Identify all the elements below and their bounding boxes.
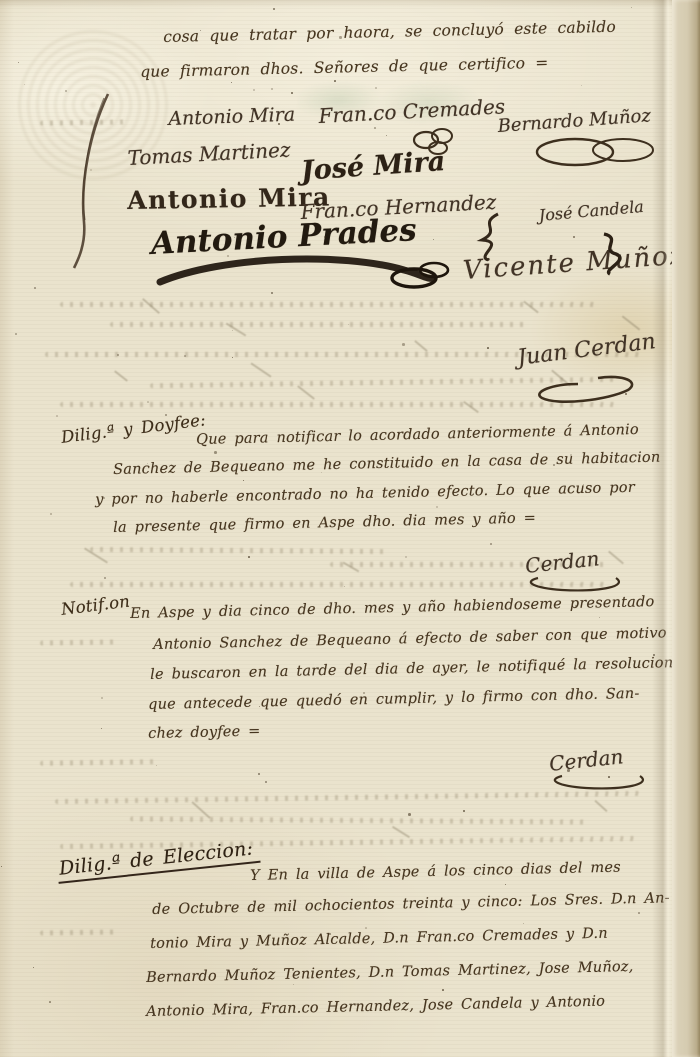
ink-speck [271,88,273,90]
ink-speck [581,85,582,86]
record-line: de Octubre de mil ochocientos treinta y … [152,890,670,918]
ink-speck [273,8,275,10]
ink-speck [344,586,345,587]
ghost-diagonal-stroke [392,826,410,838]
ink-speck [49,1001,51,1003]
ink-speck [50,513,52,515]
record-line: En Aspe y dia cinco de dho. mes y año ha… [130,594,655,622]
ink-speck [573,236,575,238]
ink-speck [15,333,17,335]
ink-speck [402,343,405,346]
signature-vicente-munoz: Vicente Muñoz [462,240,686,285]
ghost-text-line [40,929,120,935]
ghost-diagonal-stroke [142,298,160,314]
ink-speck [34,287,36,289]
ink-speck [599,617,600,618]
ghost-diagonal-stroke [414,340,428,352]
ink-speck [505,884,506,885]
ink-speck [421,275,423,277]
record-heading-diligencia: Dilig.ª y Doyfee: [60,410,207,447]
ink-speck [433,239,434,240]
ink-speck [638,912,640,914]
rubric-juan-cerdan [528,372,658,412]
ghost-diagonal-stroke [191,801,210,819]
bottom-scan-edge [0,1036,700,1057]
ink-speck [348,324,349,325]
record-heading-eleccion: Dilig.ª de Eleccion: [56,837,260,884]
record-line: chez doyfee = [148,723,261,742]
ink-speck [490,543,492,545]
ink-speck [334,80,336,82]
record-line: que antecede que quedó en cumplir, y lo … [148,686,640,713]
ink-speck [625,393,627,395]
ghost-diagonal-stroke [608,551,624,565]
ink-speck [214,451,217,454]
record-line: le buscaron en la tarde del dia de ayer,… [150,655,673,683]
ink-speck [253,89,255,91]
adjacent-page-edge [672,0,700,1057]
ink-speck [405,556,407,558]
signature-antonio-prades: Antonio Prades [150,212,417,262]
ink-speck [243,480,244,481]
signature-jose-candela: José Candela [538,197,645,225]
record-line: Antonio Sanchez de Bequeano á efecto de … [153,625,667,653]
ghost-diagonal-stroke [551,370,571,387]
ink-speck [293,984,294,985]
ink-speck [184,355,186,357]
ghost-text-line [90,547,390,554]
ink-speck [231,82,232,83]
ghost-text-line [150,377,620,389]
ghost-text-line [40,759,160,766]
record-line: Antonio Mira, Fran.co Hernandez, Jose Ca… [146,994,605,1020]
ink-speck [90,169,92,171]
ink-speck [408,813,411,816]
signature-jose-mira: José Mira [300,146,446,187]
ghost-text-line [110,322,530,327]
record-line: tonio Mira y Muñoz Alcalde, D.n Fran.co … [150,926,608,952]
ink-speck [101,697,103,699]
ink-speck [374,127,376,129]
ink-speck [291,92,293,94]
ink-speck [33,967,34,968]
manuscript-page: cosa que tratar por haora, se concluyó e… [0,0,700,1057]
record-line: Que para notificar lo acordado anteriorm… [196,422,639,448]
ghost-text-line [60,402,620,407]
ink-speck [487,347,489,349]
closing-line: cosa que tratar por haora, se concluyó e… [163,18,616,46]
ink-speck [258,773,260,775]
ink-speck [232,330,233,331]
record-heading-notificacion: Notif.on [60,592,131,619]
ink-speck [147,401,149,403]
signature-francisco-cremades: Fran.co Cremades [318,94,506,128]
ghost-text-line [60,836,640,849]
ghost-diagonal-stroke [463,401,479,413]
ink-speck [104,577,106,579]
ink-speck [386,135,387,136]
record-line: Sanchez de Bequeano me he constituido en… [113,450,661,478]
ink-speck [375,87,377,89]
ink-speck [365,927,367,929]
signature-juan-cerdan: Juan Cerdan [516,329,657,371]
ink-speck [65,90,67,92]
record-line: la presente que firmo en Aspe dho. dia m… [113,510,536,536]
ghost-diagonal-stroke [594,800,607,812]
ghost-text-line [40,639,120,645]
ghost-text-line [40,119,130,125]
ghost-text-line [70,582,610,587]
ghost-diagonal-stroke [297,385,315,400]
closing-line: que firmaron dhos. Señores de que certif… [140,54,549,81]
ink-speck [56,415,58,417]
signature-tomas-martinez: Tomas Martinez [127,137,291,169]
ink-speck [1,866,2,867]
record-line: Y En la villa de Aspe á los cinco dias d… [250,860,621,884]
ink-speck [608,776,610,778]
ink-speck [248,556,250,558]
ghost-diagonal-stroke [523,301,538,314]
ghost-diagonal-stroke [622,315,641,330]
ghost-text-line [130,816,590,824]
ink-speck [631,7,632,8]
signature-cerdan-2: Cerdan [548,744,624,776]
signature-cerdan-1: Cerdan [524,546,600,578]
ink-speck [156,765,157,766]
ink-speck [436,506,438,508]
rubric-bernardo [535,132,665,174]
ghost-text-line [55,791,645,804]
ink-speck [232,357,233,358]
margin-paraph-stroke [70,92,120,272]
signature-antonio-mira-1: Antonio Mira [168,104,295,130]
signature-bernardo-munoz: Bernardo Muñoz [497,105,652,137]
ink-speck [101,728,102,729]
ghost-diagonal-stroke [343,562,360,573]
ink-speck [442,989,444,991]
ink-speck [523,923,524,924]
ghost-diagonal-stroke [226,323,247,337]
ink-speck [265,781,267,783]
ink-speck [117,354,119,356]
ghost-diagonal-stroke [250,362,271,377]
ink-speck [271,292,273,294]
ink-speck [463,810,465,812]
ghost-diagonal-stroke [84,547,108,563]
record-line: y por no haberle encontrado no ha tenido… [95,480,635,508]
ghost-text-line [60,302,600,307]
ink-speck [24,84,25,85]
ink-speck [18,62,19,63]
ghost-diagonal-stroke [114,370,128,381]
record-line: Bernardo Muñoz Tenientes, D.n Tomas Mart… [146,959,634,986]
